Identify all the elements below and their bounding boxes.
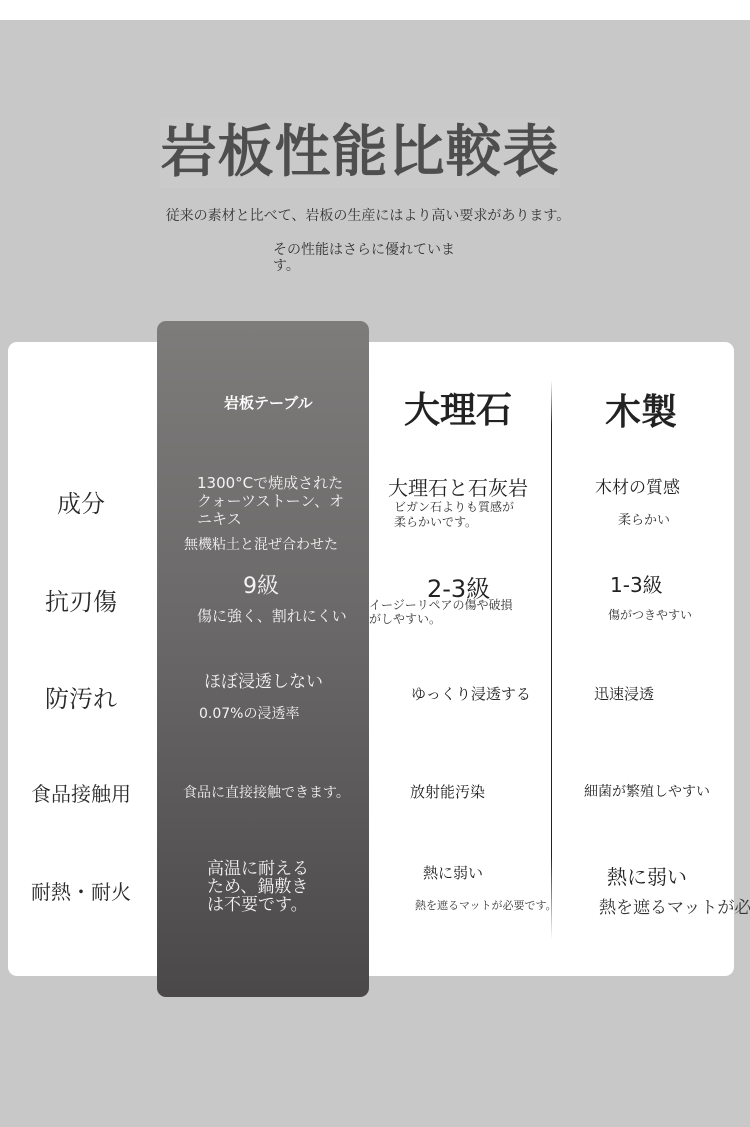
cell-stone-scratch-sub: 傷に強く、割れにくい <box>197 605 347 626</box>
cell-stone-food-main: 食品に直接接触できます。 <box>183 782 350 802</box>
cell-stone-composition-main: 1300°Cで焼成されたクォーツストーン、オニキス <box>197 474 347 528</box>
page-title: 岩板性能比較表 <box>160 118 560 188</box>
row-label-stain-resistance: 防汚れ <box>6 679 156 714</box>
page-subtitle-2: その性能はさらに優れています。 <box>273 242 463 274</box>
column-header-wood: 木製 <box>605 384 677 435</box>
column-divider <box>551 380 552 940</box>
column-header-stone: 岩板テーブル <box>224 392 313 413</box>
cell-wood-heat-main: 熱に弱い <box>607 861 687 890</box>
top-strip <box>0 0 750 20</box>
cell-marble-heat-sub: 熱を遮るマットが必要です。 <box>415 897 557 913</box>
cell-wood-scratch-main: 1-3級 <box>610 569 663 598</box>
cell-stone-stain-main: ほぼ浸透しない <box>204 667 323 692</box>
cell-stone-stain-sub: 0.07%の浸透率 <box>199 703 299 723</box>
cell-stone-scratch-main: 9級 <box>243 569 279 600</box>
cell-stone-composition-sub: 無機粘土と混ぜ合わせた <box>184 534 338 554</box>
row-label-food-contact: 食品接触用 <box>6 778 156 807</box>
cell-marble-heat-main: 熱に弱い <box>423 862 483 883</box>
page-subtitle: 従来の素材と比べて、岩板の生産にはより高い要求があります。 <box>148 206 588 226</box>
cell-wood-composition-main: 木材の質感 <box>595 473 680 498</box>
cell-wood-heat-sub: 熱を遮るマットが必要です。 <box>599 893 750 918</box>
column-header-marble: 大理石 <box>404 382 512 433</box>
cell-wood-food-main: 細菌が繁殖しやすい <box>584 781 710 801</box>
cell-marble-stain-main: ゆっくり浸透する <box>411 683 531 704</box>
cell-wood-composition-sub: 柔らかい <box>618 509 670 528</box>
cell-marble-composition-main: 大理石と石灰岩 <box>388 472 528 501</box>
cell-marble-scratch-sub: イージーリペアの傷や破損がしやすい。 <box>369 598 524 626</box>
cell-marble-food-main: 放射能汚染 <box>410 781 485 802</box>
cell-wood-scratch-sub: 傷がつきやすい <box>608 606 692 623</box>
row-label-scratch-resistance: 抗刃傷 <box>6 582 156 617</box>
cell-marble-composition-sub: ビガン石よりも質感が柔らかいです。 <box>394 500 524 530</box>
row-label-heat-resistance: 耐熱・耐火 <box>6 876 156 905</box>
cell-wood-stain-main: 迅速浸透 <box>594 683 654 704</box>
row-label-composition: 成分 <box>6 484 156 519</box>
cell-stone-heat-main: 高温に耐えるため、鍋敷きは不要です。 <box>207 860 319 914</box>
